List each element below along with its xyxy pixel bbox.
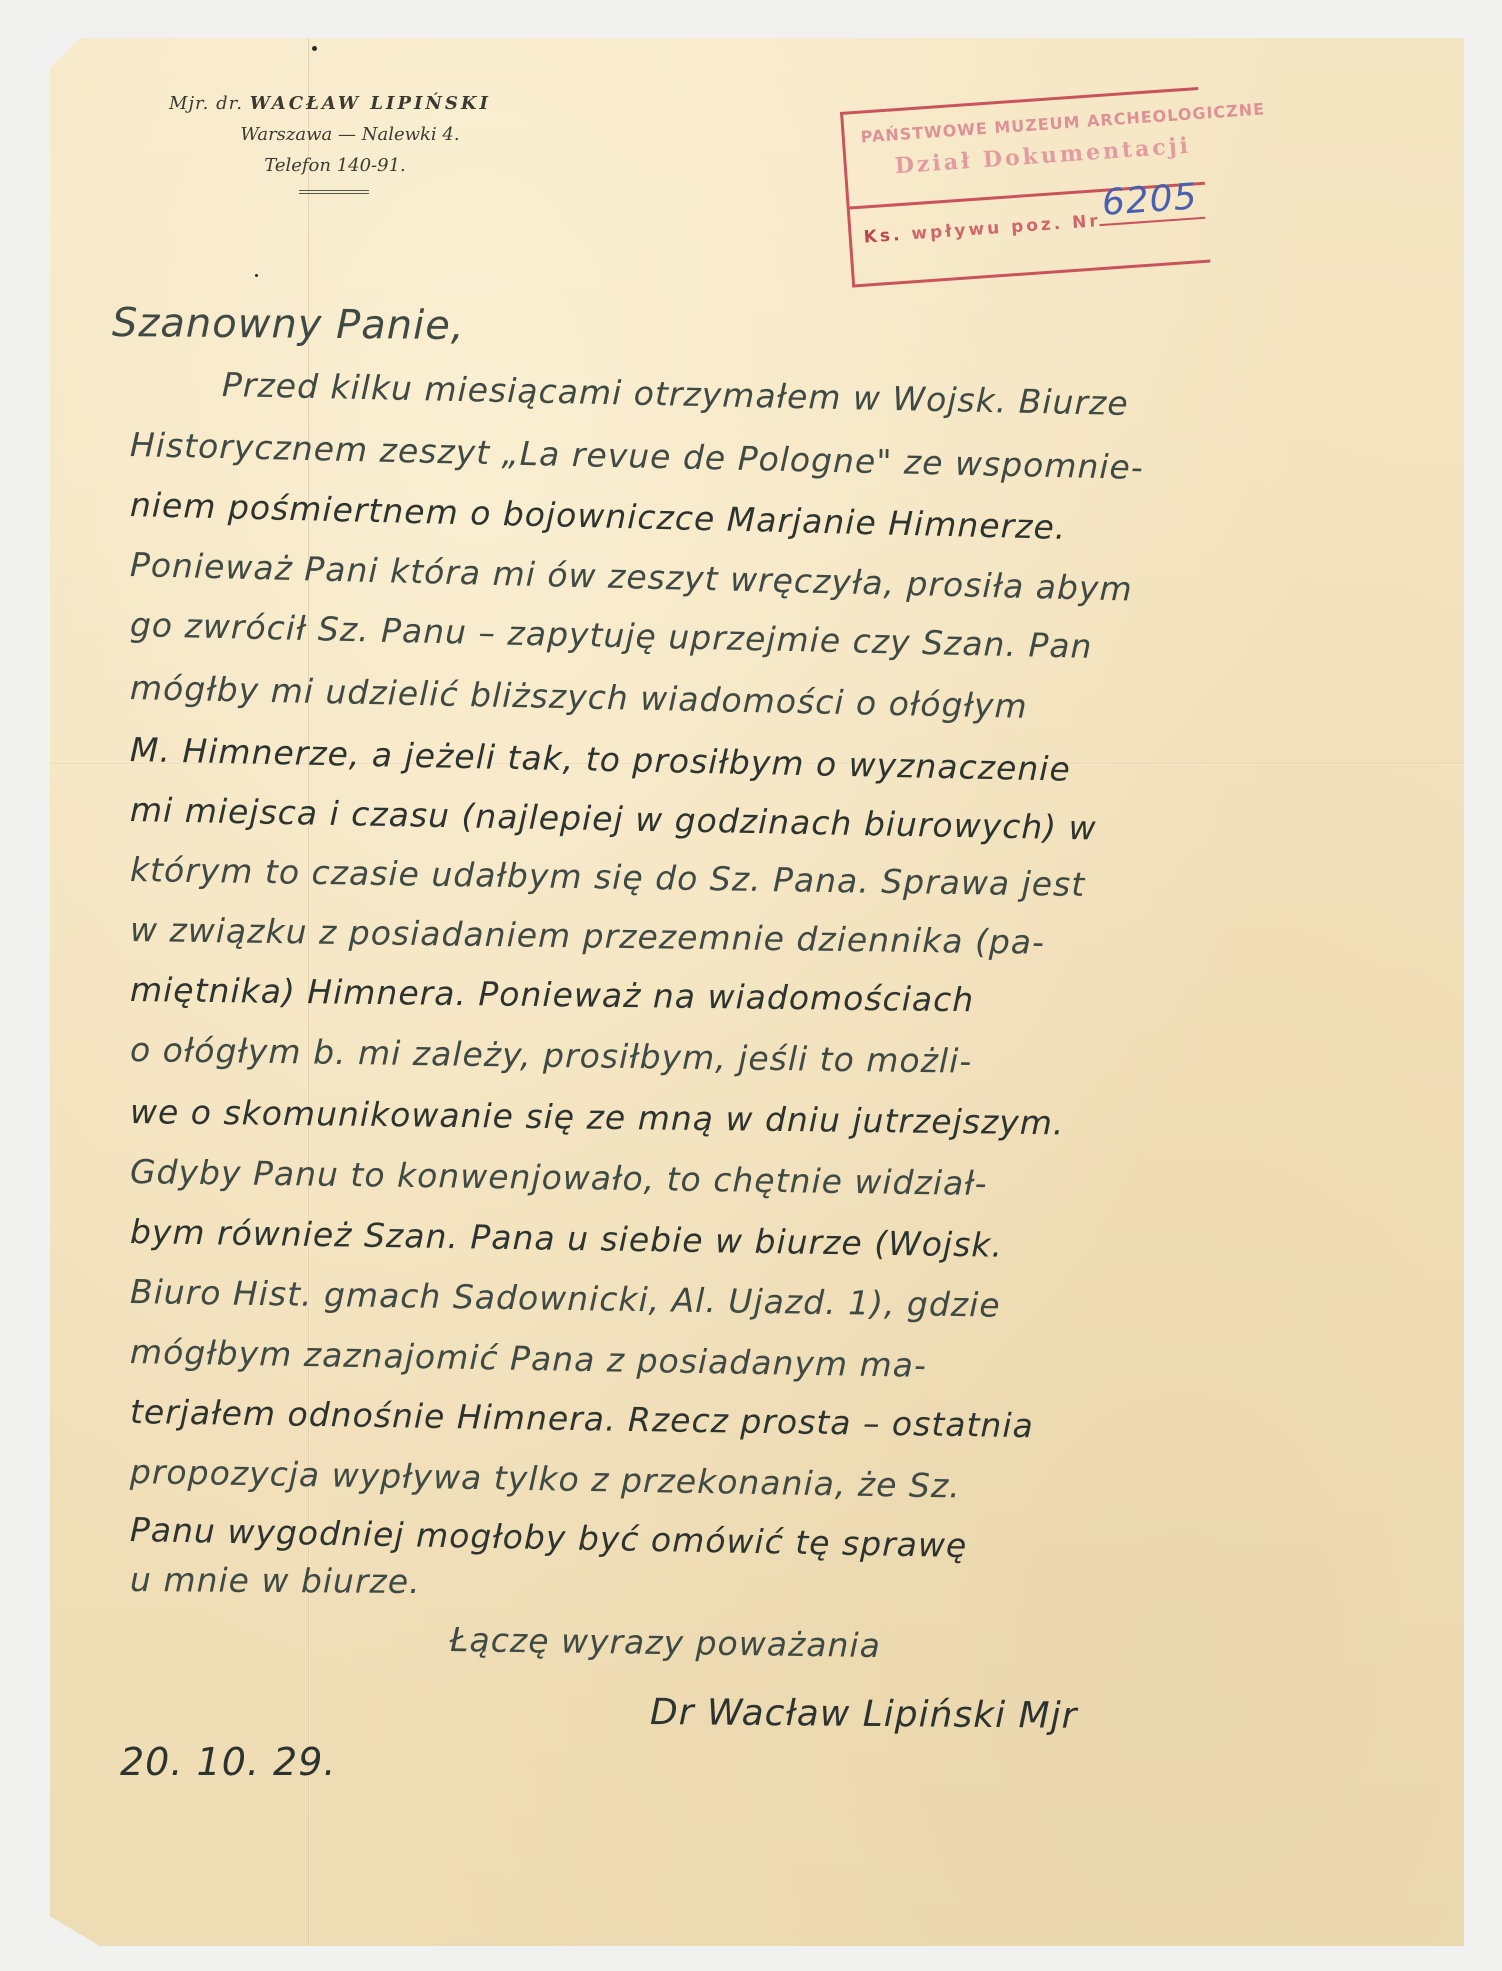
stamp-register-number: 6205 [1097, 176, 1205, 226]
letterhead-telephone: Telefon 140-91. [110, 155, 550, 176]
letterhead-name: Mjr. dr. WACŁAW LIPIŃSKI [110, 93, 550, 114]
stamp-register-line: Ks. wpływu poz. Nr [863, 211, 1101, 248]
letter-closing: Łączę wyrazy poważania [450, 1620, 881, 1665]
stamp-register-prefix: Ks. [863, 225, 903, 248]
letterhead-rule [299, 190, 369, 194]
letterhead-address: Warszawa — Nalewki 4. [110, 124, 550, 145]
letter-date: 20. 10. 29. [120, 1740, 336, 1784]
museum-stamp: PAŃSTWOWE MUZEUM ARCHEOLOGICZNE Dział Do… [840, 87, 1210, 288]
letterhead-author: WACŁAW LIPIŃSKI [250, 93, 491, 114]
stamp-register-label: wpływu poz. Nr [911, 211, 1102, 244]
ink-spot [255, 274, 258, 277]
letter-salutation: Szanowny Panie, [112, 300, 465, 349]
letter-signature: Dr Wacław Lipiński Mjr [650, 1692, 1078, 1737]
ink-spot [312, 46, 317, 51]
letter-line: u mnie w biurze. [130, 1560, 421, 1601]
paper-fold-right [1468, 598, 1470, 1038]
letterhead: Mjr. dr. WACŁAW LIPIŃSKI Warszawa — Nale… [110, 93, 550, 194]
letterhead-title: Mjr. dr. [169, 93, 243, 114]
